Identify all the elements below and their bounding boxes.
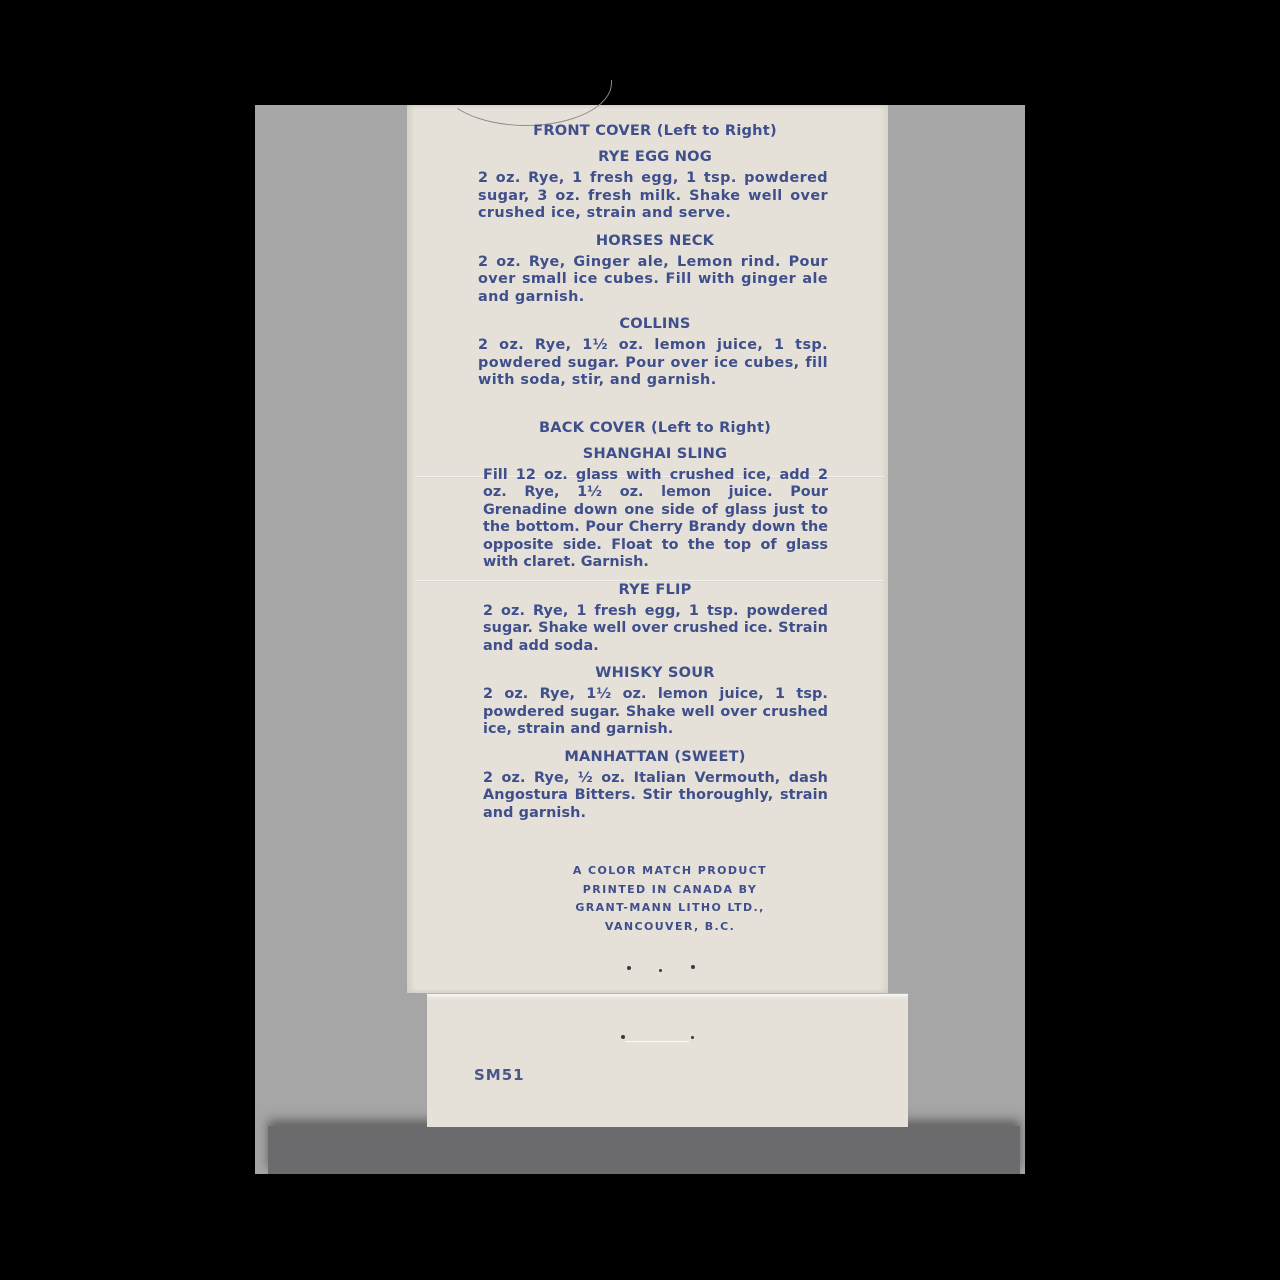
recipe-instructions: 2 oz. Rye, 1½ oz. lemon juice, 1 tsp. po… (483, 686, 828, 739)
recipe-title: COLLINS (470, 315, 840, 332)
front-cover-heading: FRONT COVER (Left to Right) (470, 122, 840, 139)
printer-credit-line: PRINTED IN CANADA BY (520, 881, 820, 900)
recipe-instructions: 2 oz. Rye, Ginger ale, Lemon rind. Pour … (478, 254, 828, 307)
matchbook-striker-flap (427, 993, 908, 1127)
printer-credit-line: GRANT-MANN LITHO LTD., (520, 899, 820, 918)
recipe-title: RYE EGG NOG (470, 148, 840, 165)
recipe-title: RYE FLIP (470, 581, 840, 598)
printer-credit-line: VANCOUVER, B.C. (520, 918, 820, 937)
recipe-horses-neck: HORSES NECK 2 oz. Rye, Ginger ale, Lemon… (470, 232, 840, 307)
product-code: SM51 (474, 1066, 525, 1084)
recipe-collins: COLLINS 2 oz. Rye, 1½ oz. lemon juice, 1… (470, 315, 840, 390)
recipe-instructions: 2 oz. Rye, 1½ oz. lemon juice, 1 tsp. po… (478, 337, 828, 390)
printer-credit: A COLOR MATCH PRODUCT PRINTED IN CANADA … (520, 862, 820, 936)
scanner-bottom-band (268, 1126, 1020, 1174)
staple-hole (627, 966, 631, 970)
recipe-title: WHISKY SOUR (470, 664, 840, 681)
printer-credit-line: A COLOR MATCH PRODUCT (520, 862, 820, 881)
recipe-title: MANHATTAN (SWEET) (470, 748, 840, 765)
recipe-whisky-sour: WHISKY SOUR 2 oz. Rye, 1½ oz. lemon juic… (470, 664, 840, 739)
staple-hole (659, 969, 662, 972)
back-cover-heading: BACK COVER (Left to Right) (470, 419, 840, 436)
recipe-shanghai-sling: SHANGHAI SLING Fill 12 oz. glass with cr… (470, 445, 840, 572)
recipe-title: SHANGHAI SLING (470, 445, 840, 462)
recipe-instructions: Fill 12 oz. glass with crushed ice, add … (483, 467, 828, 572)
recipe-instructions: 2 oz. Rye, 1 fresh egg, 1 tsp. powdered … (478, 170, 828, 223)
recipe-rye-flip: RYE FLIP 2 oz. Rye, 1 fresh egg, 1 tsp. … (470, 581, 840, 656)
recipe-rye-egg-nog: RYE EGG NOG 2 oz. Rye, 1 fresh egg, 1 ts… (470, 148, 840, 223)
paper-scratch (625, 1041, 689, 1042)
staple-hole (691, 1036, 694, 1039)
staple-hole (691, 965, 695, 969)
recipe-title: HORSES NECK (470, 232, 840, 249)
recipe-instructions: 2 oz. Rye, 1 fresh egg, 1 tsp. powdered … (483, 603, 828, 656)
staple-hole (621, 1035, 625, 1039)
recipe-list: FRONT COVER (Left to Right) RYE EGG NOG … (470, 122, 840, 831)
recipe-manhattan-sweet: MANHATTAN (SWEET) 2 oz. Rye, ½ oz. Itali… (470, 748, 840, 823)
recipe-instructions: 2 oz. Rye, ½ oz. Italian Vermouth, dash … (483, 770, 828, 823)
